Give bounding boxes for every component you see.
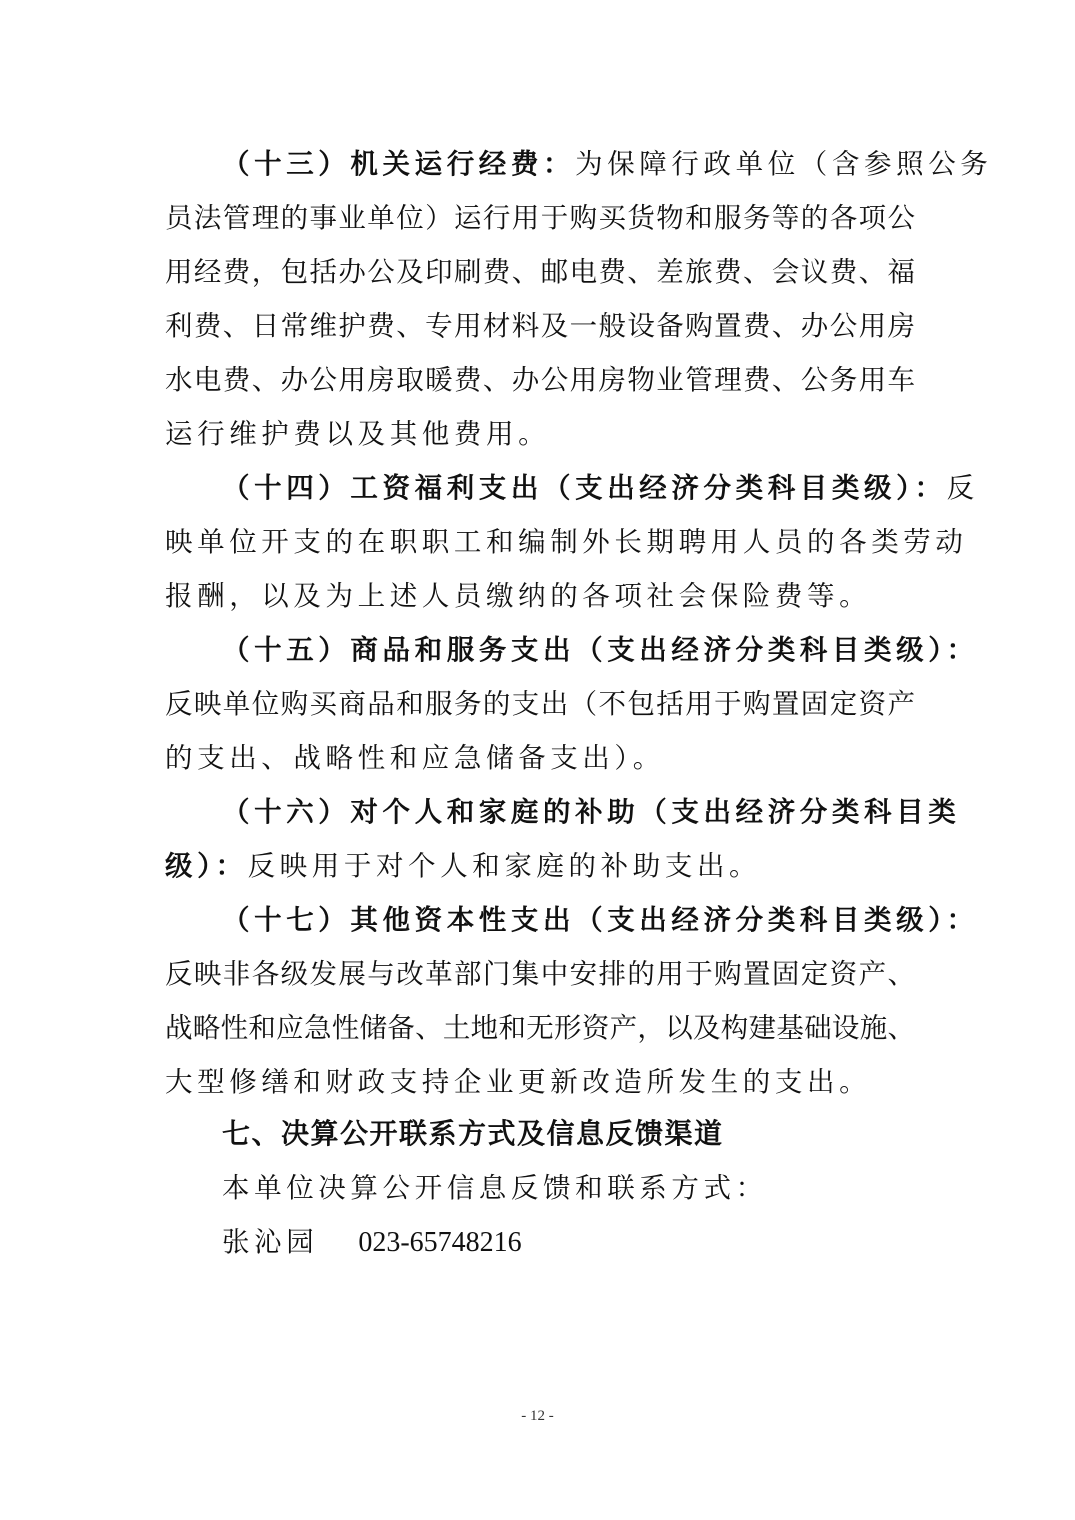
section-13-line-4: 利费、日常维护费、专用材料及一般设备购置费、办公用房 xyxy=(165,308,915,344)
section-15-heading: （十五）商品和服务支出（支出经济分类科目类级）： xyxy=(222,632,972,668)
section-15-line-1: 反映单位购买商品和服务的支出（不包括用于购置固定资产 xyxy=(165,686,915,722)
section-13-line-2: 员法管理的事业单位）运行用于购买货物和服务等的各项公 xyxy=(165,200,915,236)
section-14-line-3: 报酬，以及为上述人员缴纳的各项社会保险费等。 xyxy=(165,578,915,614)
section-17-line-2: 战略性和应急性储备、土地和无形资产，以及构建基础设施、 xyxy=(165,1010,915,1046)
section-14-heading: （十四）工资福利支出（支出经济分类科目类级）： xyxy=(222,472,947,504)
section-16-line-1: 级）：反映用于对个人和家庭的补助支出。 xyxy=(165,848,915,884)
section-13-line-1: （十三）机关运行经费：为保障行政单位（含参照公务 xyxy=(222,146,972,182)
contact-section-heading: 七、决算公开联系方式及信息反馈渠道 xyxy=(222,1116,972,1152)
contact-intro: 本单位决算公开信息反馈和联系方式： xyxy=(222,1170,972,1206)
section-17-line-1: 反映非各级发展与改革部门集中安排的用于购置固定资产、 xyxy=(165,956,915,992)
section-16-heading-cont: 级）： xyxy=(165,850,248,882)
contact-name: 张沁园 xyxy=(222,1226,318,1258)
section-13-line-5: 水电费、办公用房取暖费、办公用房物业管理费、公务用车 xyxy=(165,362,915,398)
section-13-heading: （十三）机关运行经费： xyxy=(222,148,575,180)
section-16-heading: （十六）对个人和家庭的补助（支出经济分类科目类 xyxy=(222,794,972,830)
section-17-line-3: 大型修缮和财政支持企业更新改造所发生的支出。 xyxy=(165,1064,915,1100)
contact-phone: 023-65748216 xyxy=(358,1227,521,1258)
section-13-line-6: 运行维护费以及其他费用。 xyxy=(165,416,915,452)
section-13-line-3: 用经费，包括办公及印刷费、邮电费、差旅费、会议费、福 xyxy=(165,254,915,290)
section-14-line-1: （十四）工资福利支出（支出经济分类科目类级）：反 xyxy=(222,470,972,506)
section-14-line-2: 映单位开支的在职职工和编制外长期聘用人员的各类劳动 xyxy=(165,524,915,560)
page-number: - 12 - xyxy=(0,1408,1075,1425)
contact-line: 张沁园023-65748216 xyxy=(222,1224,972,1261)
section-15-line-2: 的支出、战略性和应急储备支出）。 xyxy=(165,740,915,776)
document-page: （十三）机关运行经费：为保障行政单位（含参照公务 员法管理的事业单位）运行用于购… xyxy=(0,0,1075,1520)
section-17-heading: （十七）其他资本性支出（支出经济分类科目类级）： xyxy=(222,902,972,938)
